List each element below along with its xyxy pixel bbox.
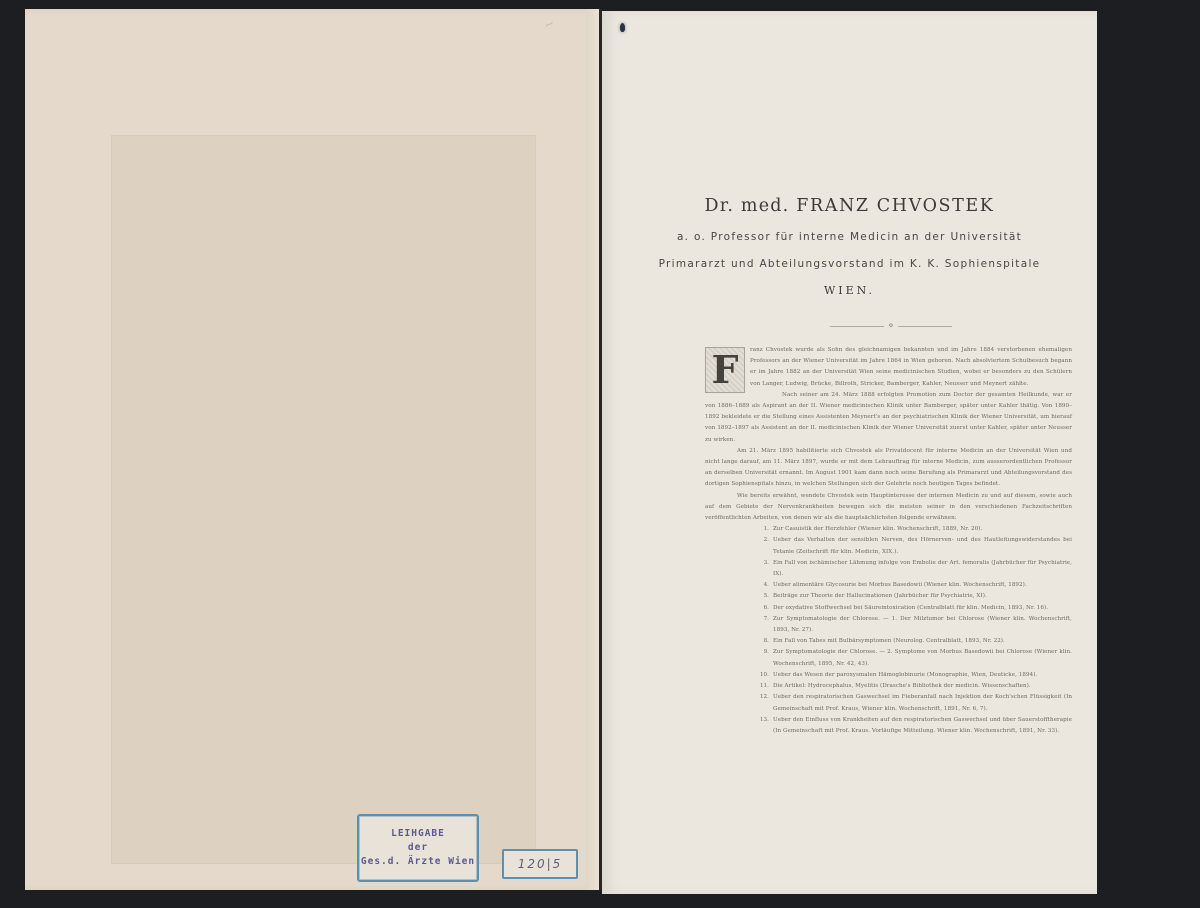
biography-text: F ranz Chvostek wurde als Sohn des gleic… [705,345,1072,737]
shelf-number-label: 120|5 [502,849,578,879]
title-prefix: Dr. med. [705,196,790,216]
title-name: FRANZ CHVOSTEK [796,196,994,216]
list-item: 4.Ueber alimentäre Glycosurie bei Morbus… [773,580,1072,591]
subtitle-professorship: a. o. Professor für interne Medicin an d… [602,230,1097,244]
list-item: 12.Ueber den respiratorischen Gaswechsel… [773,692,1072,714]
stamp-line-2: der [408,841,428,855]
publication-list: 1.Zur Casuistik der Herzfehler (Wiener k… [705,524,1072,737]
ink-spot [620,23,625,32]
paragraph-4: Wie bereits erwähnt, wendete Chvostek se… [705,491,1072,525]
list-item: 9.Zur Symptomatologie der Chlorose. — 2.… [773,647,1072,669]
list-item: 6.Der oxydative Stoffwechsel bei Säurein… [773,603,1072,614]
subtitle-city: WIEN. [602,284,1097,298]
list-item: 3.Ein Fall von ischämischer Lähmung info… [773,558,1072,580]
list-item: 11.Die Artikel: Hydrocephalus, Myelitis … [773,681,1072,692]
right-page-biography: Dr. med. FRANZ CHVOSTEK a. o. Professor … [602,11,1097,894]
paragraph-2: Nach seiner am 24. März 1888 erfolgten P… [705,390,1072,446]
subtitle-position: Primararzt und Abteilungsvorstand im K. … [602,257,1097,271]
list-item: 1.Zur Casuistik der Herzfehler (Wiener k… [773,524,1072,535]
blank-plate-area [112,136,535,863]
list-item: 8.Ein Fall von Tabes mit Bulbärsymptomen… [773,636,1072,647]
page-edge [586,9,600,890]
stamp-line-3: Ges.d. Ärzte Wien [361,855,475,869]
paragraph-1: ranz Chvostek wurde als Sohn des gleichn… [705,345,1072,390]
list-item: 5.Beiträge zur Theorie der Hallucination… [773,591,1072,602]
list-item: 10.Ueber das Wesen der paroxysmalen Hämo… [773,670,1072,681]
left-page-inner-cover [25,9,600,890]
shelf-number: 120|5 [518,857,563,871]
paragraph-3: Am 21. März 1895 habilitierte sich Chvos… [705,446,1072,491]
library-loan-stamp: LEIHGABE der Ges.d. Ärzte Wien [357,814,479,882]
title-block: Dr. med. FRANZ CHVOSTEK a. o. Professor … [602,195,1097,298]
list-item: 13.Ueber den Einfluss von Krankheiten au… [773,715,1072,737]
page-title: Dr. med. FRANZ CHVOSTEK [602,195,1097,217]
list-item: 7.Zur Symptomatologie der Chlorose. — 1.… [773,614,1072,636]
decorated-initial-icon: F [705,347,745,393]
divider-ornament-icon: ⋄ [884,321,898,331]
list-item: 2.Ueber das Verhalten der sensiblen Nerv… [773,535,1072,557]
stamp-line-1: LEIHGABE [391,827,445,841]
